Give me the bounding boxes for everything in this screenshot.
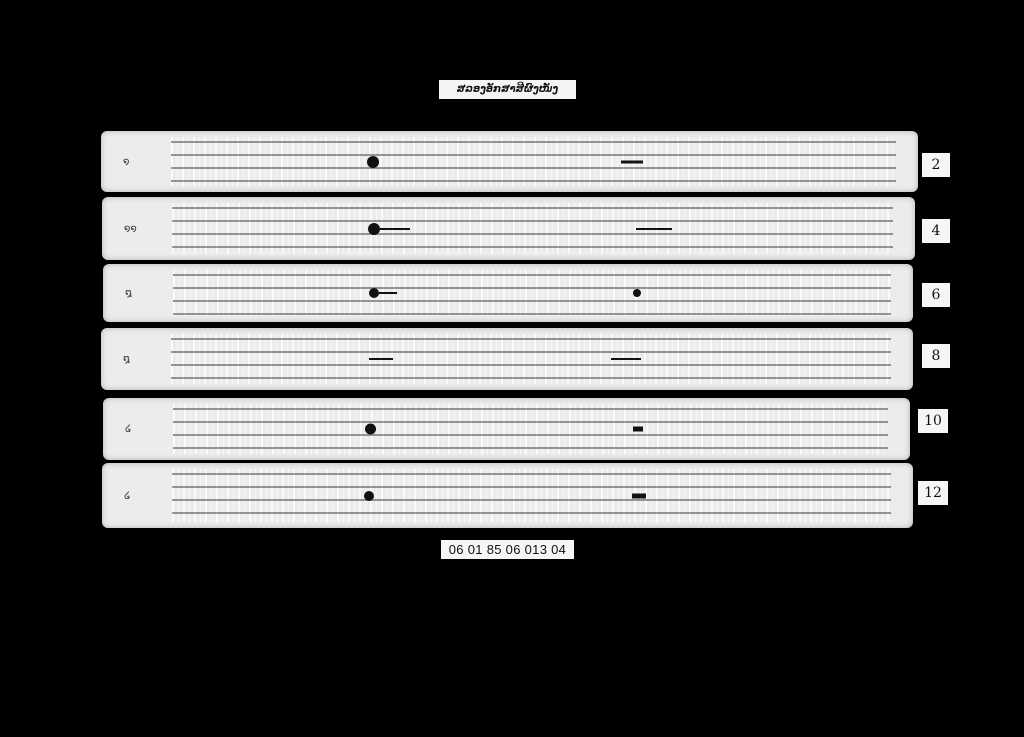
binding-hole — [364, 491, 374, 501]
binding-hole-mark — [369, 358, 393, 360]
palm-leaf-6: ໒ — [102, 463, 913, 528]
palm-leaf-3: ໘ — [103, 264, 913, 322]
manuscript-text-block — [172, 203, 893, 254]
manuscript-text-block — [173, 270, 891, 316]
palm-leaf-1: ໑ — [101, 131, 918, 192]
binding-hole-mark — [611, 358, 641, 360]
palm-leaf-2: ໑໑ — [102, 197, 915, 260]
binding-hole — [633, 289, 641, 297]
manuscript-text-block — [171, 137, 896, 186]
page-number-tag-2: 2 — [922, 153, 950, 177]
manuscript-title-label: ສລອງອັກສາສີຜົງໜັງ — [439, 80, 576, 99]
leaf-margin-numeral: ໘ — [123, 354, 130, 365]
page-number-tag-8: 8 — [922, 344, 950, 368]
binding-hole-mark — [379, 292, 397, 294]
leaf-margin-numeral: ໑໑ — [124, 223, 137, 234]
manuscript-text-block — [171, 334, 891, 384]
palm-leaf-5: ໒ — [103, 398, 910, 460]
manuscript-text-block — [172, 469, 891, 522]
page-number-tag-4: 4 — [922, 219, 950, 243]
manuscript-text-block — [173, 404, 888, 454]
palm-leaf-4: ໘ — [101, 328, 913, 390]
binding-hole — [368, 223, 380, 235]
leaf-margin-numeral: ໒ — [124, 490, 130, 501]
leaf-margin-numeral: ໑ — [123, 156, 129, 167]
binding-hole — [367, 156, 379, 168]
binding-hole-mark — [380, 228, 410, 230]
binding-hole — [369, 288, 379, 298]
page-number-tag-10: 10 — [918, 409, 948, 433]
leaf-margin-numeral: ໘ — [125, 288, 132, 299]
binding-hole — [365, 424, 376, 435]
binding-hole-mark — [636, 228, 672, 230]
leaf-margin-numeral: ໒ — [125, 424, 131, 435]
page-number-tag-12: 12 — [918, 481, 948, 505]
manuscript-id-label: 06 01 85 06 013 04 — [441, 540, 574, 559]
binding-hole-mark — [621, 160, 643, 163]
page-number-tag-6: 6 — [922, 283, 950, 307]
binding-hole-mark — [632, 493, 646, 498]
binding-hole-mark — [633, 427, 643, 432]
